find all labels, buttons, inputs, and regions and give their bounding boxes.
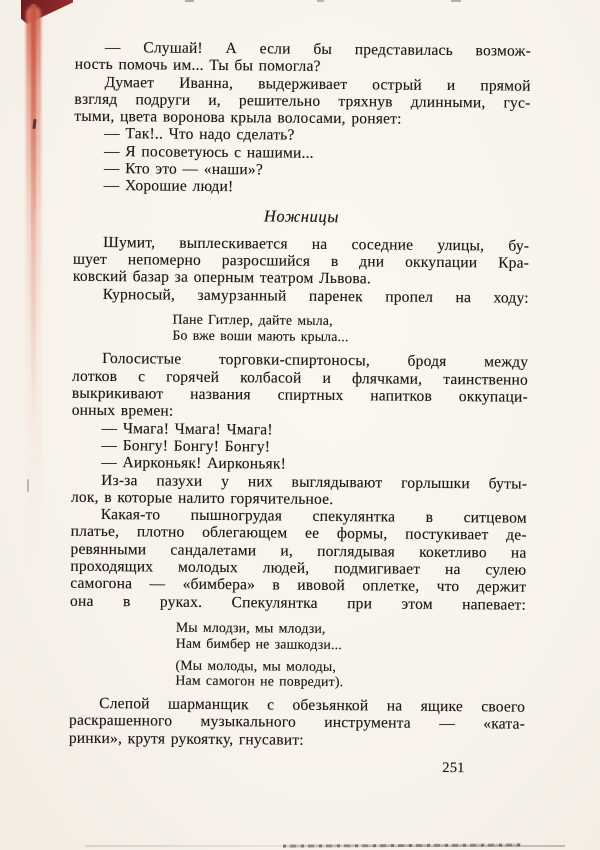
text-line: она в руках. Спекулянтка при этом напева…	[70, 592, 526, 613]
scan-speck	[317, 0, 324, 2]
paragraph: Какая-то пышногрудая спекулянтка в ситце…	[70, 506, 527, 614]
page-edge-tint-core	[31, 4, 36, 434]
paragraph: Шумит, выплескивается на соседние улицы,…	[73, 233, 529, 289]
book-page: — Слушай! А если бы представилась возмож…	[0, 0, 600, 850]
text-line: Курносый, замурзанный паренек пропел на …	[73, 285, 529, 306]
section-heading: Ножницы	[73, 204, 529, 228]
verse-line: Бо вже воши мають крыла...	[172, 327, 528, 346]
paragraph: — Слушай! А если бы представилась возмож…	[75, 39, 531, 78]
paragraph: Голосистые торговки-спиртоносы, бродя ме…	[72, 350, 529, 423]
verse-stanza: Мы млодзи, мы млодзи, Нам бимбер не зашк…	[176, 620, 526, 655]
paragraph: Слепой шарманщик с обезьянкой на ящике с…	[69, 695, 525, 751]
scan-speck	[185, 0, 194, 2]
dialog-line: — Хорошие люди!	[74, 177, 530, 198]
text-column: — Слушай! А если бы представилась возмож…	[69, 39, 531, 779]
verse-stanza: Пане Гитлер, дайте мыла, Бо вже воши маю…	[172, 311, 528, 346]
verse-line: Нам самогон не повредит).	[175, 673, 525, 692]
verse-line: Нам бимбер не зашкодзи...	[176, 635, 526, 654]
scan-speck	[451, 0, 461, 2]
verse-stanza: (Мы молоды, мы молоды, Нам самогон не по…	[175, 657, 525, 692]
page-number: 251	[69, 755, 525, 779]
paragraph: Из-за пазухи у них выглядывают горлышки …	[71, 471, 527, 510]
scan-speck	[27, 479, 29, 492]
paragraph: Думает Иванна, выдерживает острый и прям…	[74, 73, 530, 129]
